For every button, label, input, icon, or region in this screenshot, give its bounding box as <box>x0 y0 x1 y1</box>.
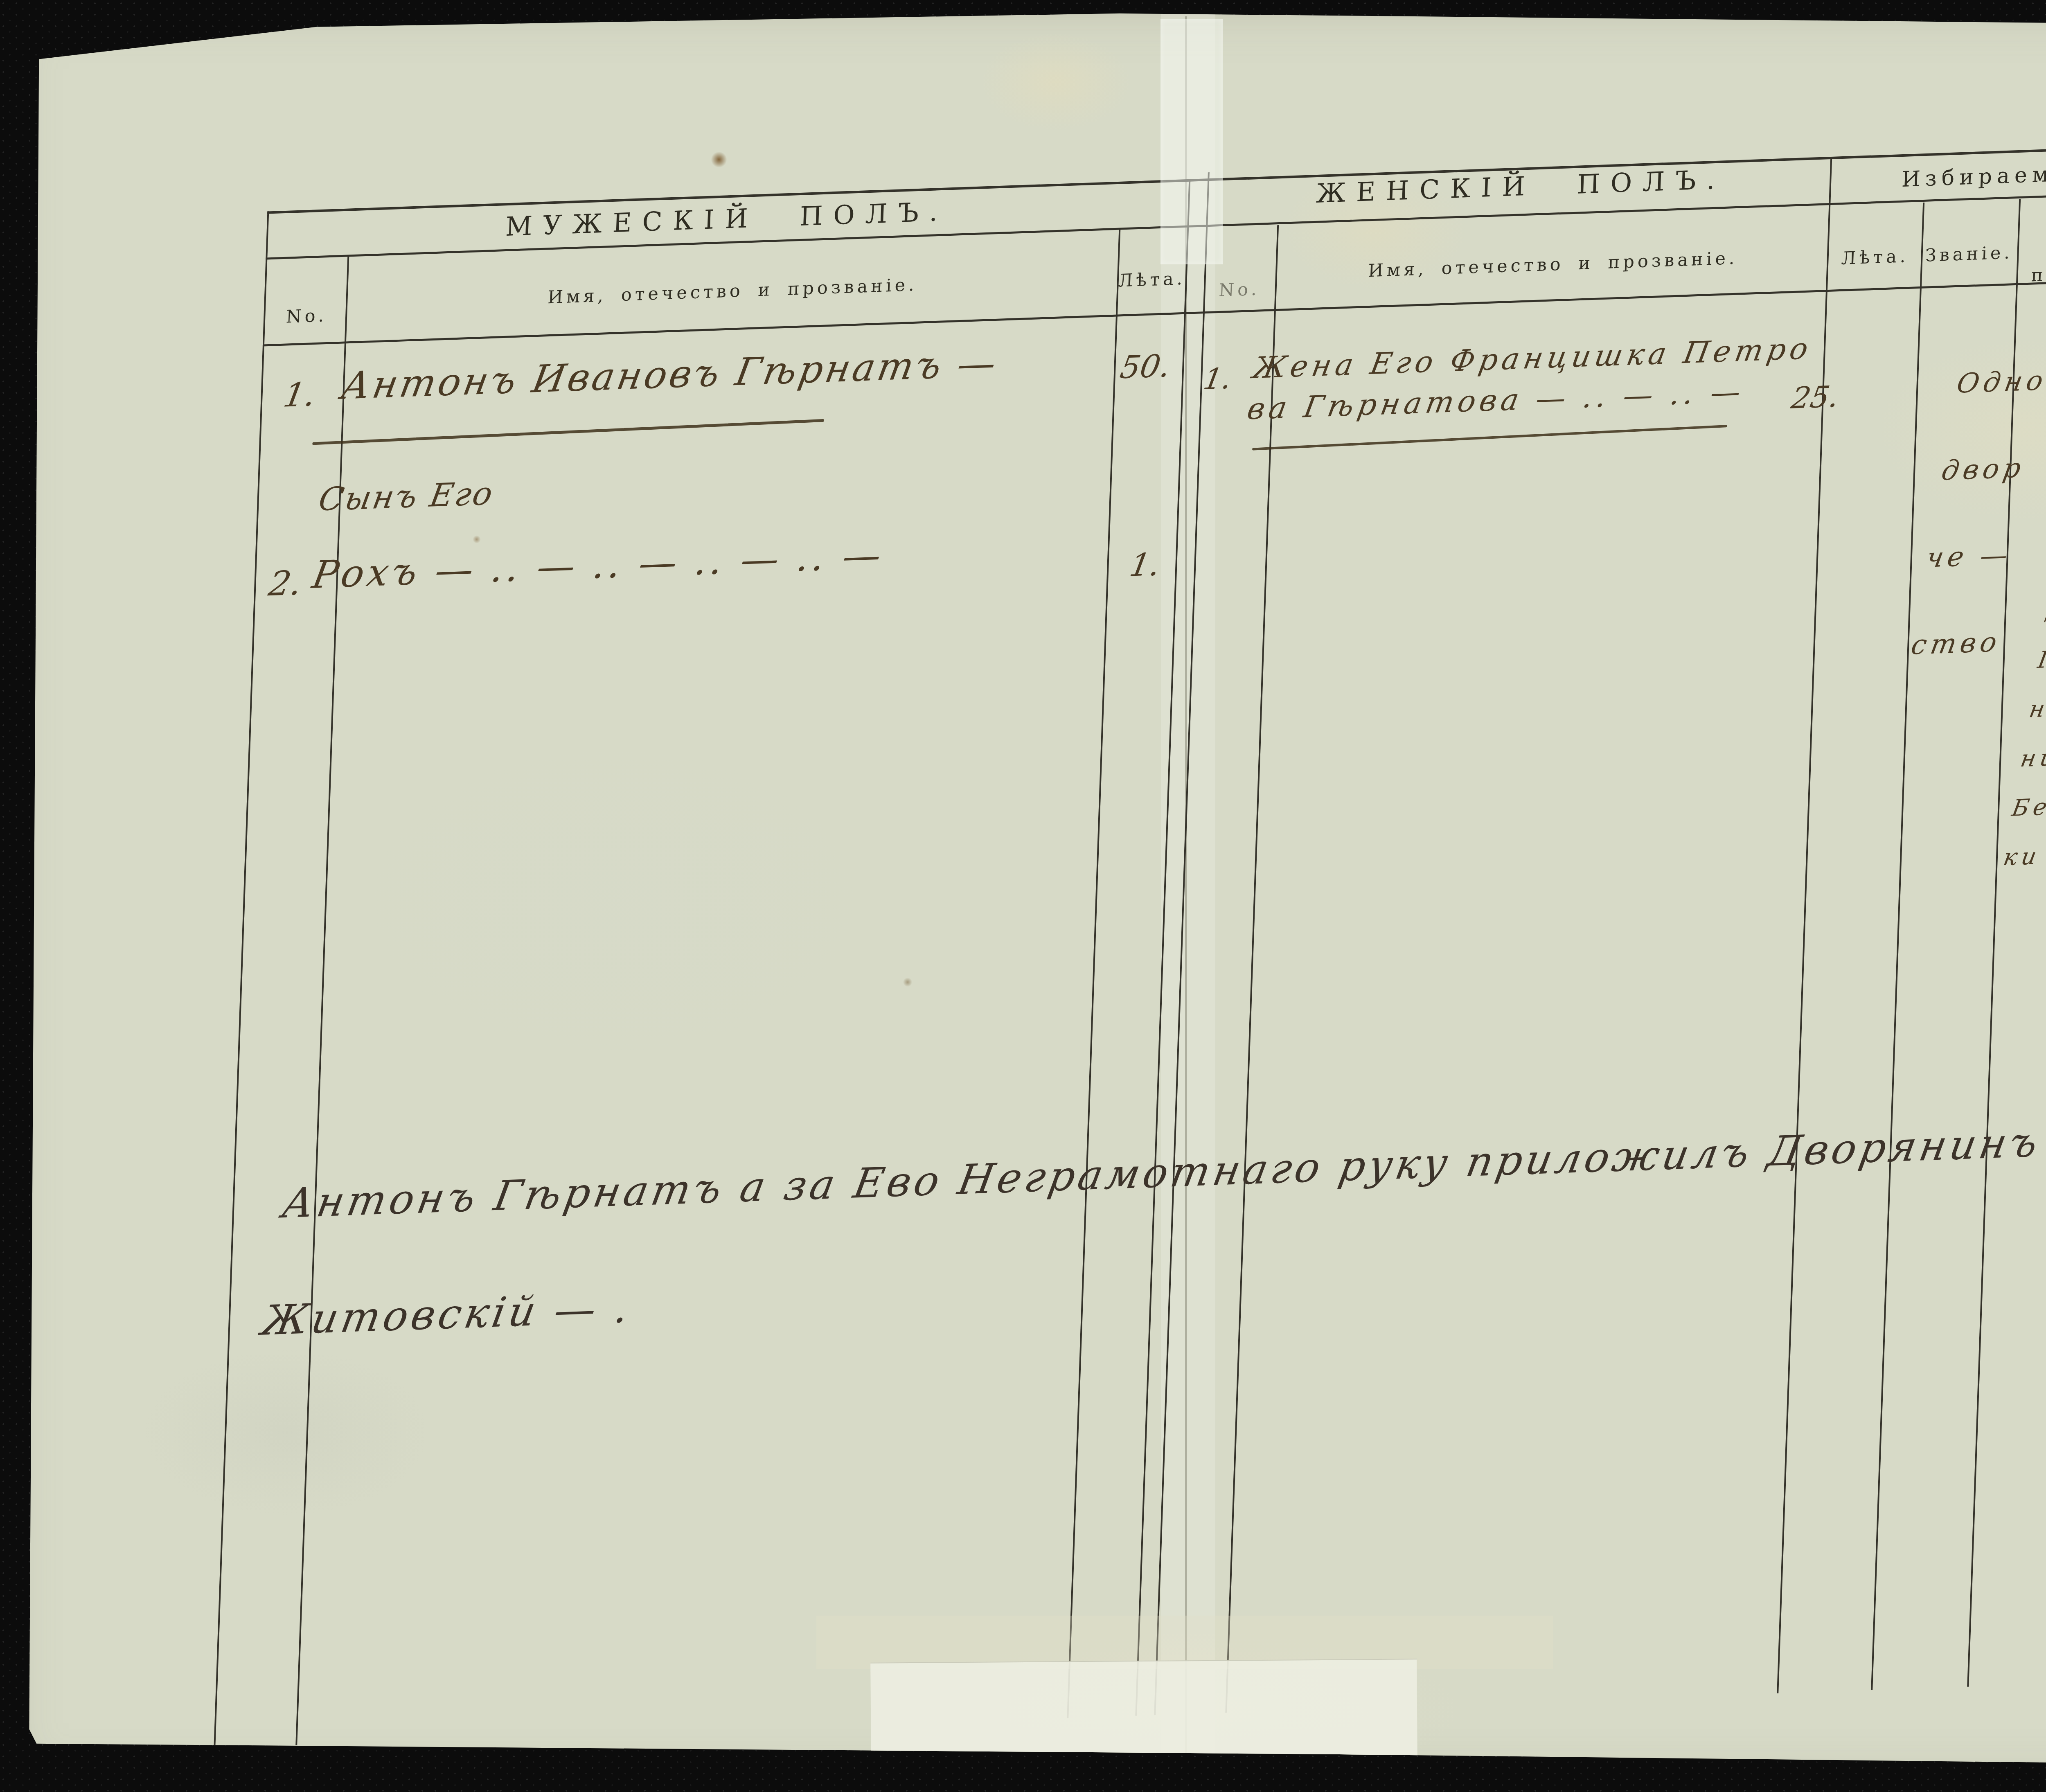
archival-scan: МУЖЕСКІЙ ПОЛЪ. ЖЕНСКІЙ ПОЛЪ. Избираемыя.… <box>0 0 2046 1792</box>
census-table: МУЖЕСКІЙ ПОЛЪ. ЖЕНСКІЙ ПОЛЪ. Избираемыя.… <box>173 66 2046 1756</box>
rule-male-age <box>1067 229 1120 1718</box>
tape-bottom <box>870 1659 1417 1759</box>
male-col-no: No. <box>267 305 346 328</box>
elected-col-place-line1: Мѣсто <box>2019 219 2046 259</box>
elected-section-title: Избираемыя. <box>1841 158 2046 194</box>
male-row3-age: 1. <box>1127 546 1163 584</box>
male-col-name: Имя, отечество и прозваніе. <box>358 268 1107 315</box>
male-col-age: Лѣта. <box>1115 268 1189 291</box>
rule-rank <box>1871 203 1924 1690</box>
female-col-no: No. <box>1202 278 1277 301</box>
rank-line: Одно <box>1949 337 2046 427</box>
elected-col-place-line2: приписки. <box>2018 254 2046 293</box>
rule-male-no <box>295 255 349 1745</box>
female-row-no: 1. <box>1201 361 1234 396</box>
rank-line: двор <box>1934 424 2039 514</box>
place-line: ницкого <box>2017 730 2046 784</box>
rank-entry: Одно двор че — ство <box>1904 337 2046 689</box>
place-line: на Пив <box>2025 680 2046 735</box>
male-row3-name: Рохъ — .. — .. — .. — .. — <box>309 533 888 597</box>
elected-col-rank: Званіе. <box>1921 242 2018 266</box>
place-line: Деревни <box>2042 582 2046 636</box>
male-row1-underline <box>312 419 824 445</box>
female-row-age: 25. <box>1789 379 1841 415</box>
male-section-title: МУЖЕСКІЙ ПОЛЪ. <box>286 189 1167 250</box>
signature-line2: Житовскій — . <box>259 1284 636 1345</box>
rank-line: ство <box>1904 599 2009 689</box>
female-row-underline <box>1252 425 1727 451</box>
place-line: Бертни <box>2008 779 2046 833</box>
signature-line1: Антонъ Гѣрнатъ а за Ево Неграмотнаго рук… <box>279 1118 2045 1228</box>
female-col-age: Лѣта. <box>1829 246 1922 269</box>
tape-top <box>1160 19 1223 264</box>
rank-line: че — <box>1919 512 2024 602</box>
male-row2-label: Сынъ Его <box>316 475 497 518</box>
document-page: МУЖЕСКІЙ ПОЛЪ. ЖЕНСКІЙ ПОЛЪ. Избираемыя.… <box>0 0 2046 1792</box>
rule-left-border <box>214 211 269 1748</box>
place-line: Г.Биеич <box>2034 631 2046 685</box>
male-row1-age: 50. <box>1118 347 1173 386</box>
female-col-name: Имя, отечество и прозваніе. <box>1287 245 1819 284</box>
male-row1-name: Антонъ Ивановъ Гѣрнатъ — <box>338 341 1002 408</box>
elected-col-place: Мѣсто приписки. <box>2018 219 2046 293</box>
male-row3-no: 2. <box>266 564 305 604</box>
male-row1-no: 1. <box>281 375 319 415</box>
place-line: ки — <box>1999 828 2046 883</box>
